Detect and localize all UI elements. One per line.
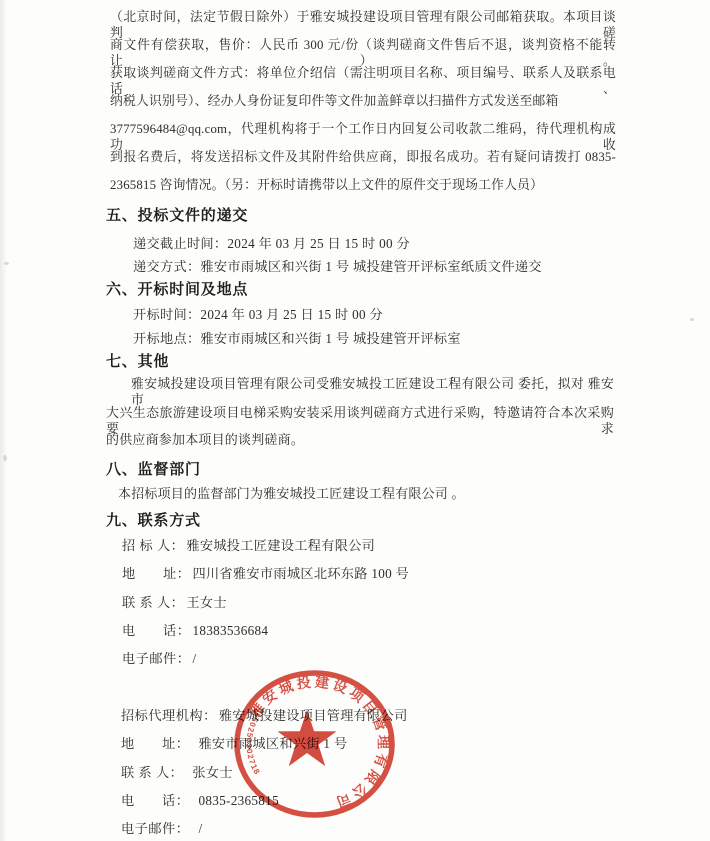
official-seal: 雅安城投建设项目管理有限公司 5150250302718: [220, 655, 410, 841]
supervision-paragraph: 本招标项目的监督部门为雅安城投工匠建设工程有限公司 。: [118, 486, 465, 502]
bid-opening-time: 开标时间：2024 年 03 月 25 日 15 时 00 分: [133, 304, 383, 323]
email-label: 电子邮件：: [121, 821, 189, 836]
scan-speck: [4, 262, 9, 265]
tenderer-name: 雅安城投工匠建设工程有限公司: [186, 538, 375, 553]
tenderer-contact-row: 联 系 人：王女士: [122, 592, 227, 611]
section-5-heading: 五、投标文件的递交: [106, 204, 248, 225]
section-8-heading: 八、监督部门: [106, 458, 201, 479]
submission-deadline: 递交截止时间：2024 年 03 月 25 日 15 时 00 分: [133, 233, 410, 252]
contact-label: 联 系 人：: [122, 595, 184, 610]
section-9-heading: 九、联系方式: [106, 509, 201, 530]
agency-contact-row: 联 系 人：张女士: [121, 762, 233, 781]
submission-method: 递交方式：雅安市雨城区和兴街 1 号 城投建管开评标室纸质文件递交: [133, 256, 542, 275]
agency-email-row: 电子邮件：/: [121, 818, 202, 837]
scan-speck: [690, 318, 694, 321]
section-7-heading: 七、其他: [106, 350, 169, 371]
section-6-heading: 六、开标时间及地点: [106, 278, 248, 299]
seal-serial-text: 5150250302718: [244, 706, 265, 777]
bid-opening-place: 开标地点：雅安市雨城区和兴街 1 号 城投建管开评标室: [133, 328, 461, 347]
seal-star-icon: [278, 710, 337, 766]
other-paragraph-line-3: 的供应商参加本项目的谈判磋商。: [106, 432, 304, 448]
intro-line-7: 2365815 咨询情况。（另：开标时请携带以上文件的原件交于现场工作人员）: [110, 178, 543, 194]
tenderer-address: 四川省雅安市雨城区北环东路 100 号: [192, 566, 409, 581]
email-label: 电子邮件：: [122, 651, 190, 666]
tenderer-label: 招 标 人：: [122, 538, 184, 553]
contact-label: 联 系 人：: [121, 765, 183, 780]
tenderer-email: /: [192, 651, 196, 666]
address-label: 地 址：: [121, 736, 189, 751]
scan-speck: [3, 455, 7, 461]
tenderer-phone: 18383536684: [192, 623, 268, 638]
intro-line-4: 纳税人识别号）、经办人身份证复印件等文件加盖鲜章以扫描件方式发送至邮箱: [110, 94, 559, 110]
tenderer-email-row: 电子邮件：/: [122, 648, 196, 667]
agency-email: /: [198, 821, 202, 836]
phone-label: 电 话：: [121, 793, 189, 808]
tenderer-row: 招 标 人：雅安城投工匠建设工程有限公司: [122, 535, 375, 554]
tenderer-contact-person: 王女士: [186, 595, 226, 610]
agency-label: 招标代理机构：: [121, 708, 217, 723]
intro-line-6: 到报名费后，将发送招标文件及其附件给供应商，即报名成功。若有疑问请拨打 0835…: [110, 150, 616, 166]
address-label: 地 址：: [122, 566, 190, 581]
tenderer-address-row: 地 址：四川省雅安市雨城区北环东路 100 号: [122, 563, 409, 582]
scanned-document-page: （北京时间，法定节假日除外）于雅安城投建设项目管理有限公司邮箱获取。本项目谈判磋…: [0, 0, 710, 841]
tenderer-phone-row: 电 话：18383536684: [122, 620, 268, 639]
phone-label: 电 话：: [122, 623, 190, 638]
